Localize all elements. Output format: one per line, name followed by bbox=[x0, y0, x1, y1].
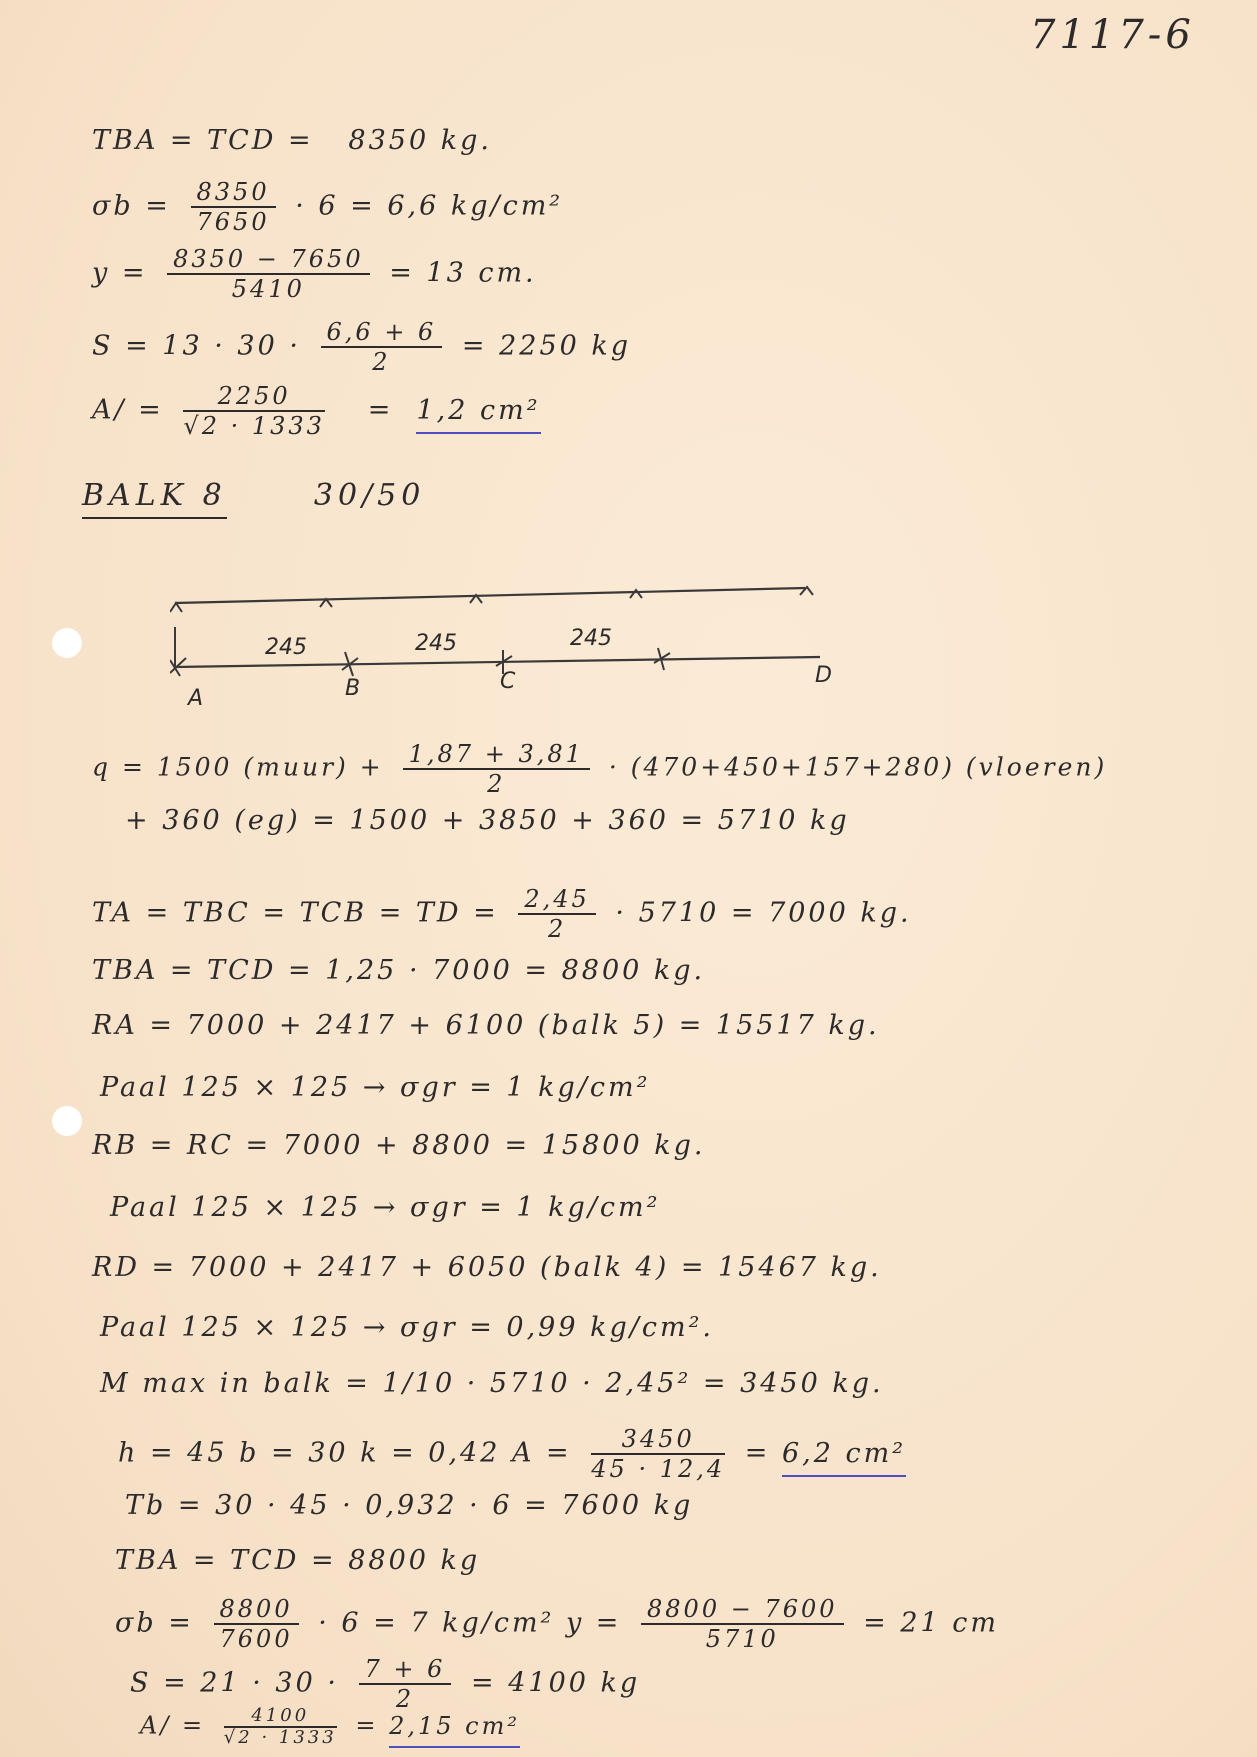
calc-shear-line: TA = TBC = TCB = TD = 2,45 2 · 5710 = 70… bbox=[92, 885, 912, 943]
section-title: BALK 8 bbox=[82, 478, 227, 519]
support-label: B bbox=[345, 676, 360, 701]
fraction: 8350 7650 bbox=[191, 178, 276, 236]
calc-text: h = 45 b = 30 k = 0,42 A = bbox=[118, 1438, 572, 1469]
fraction: 3450 45 · 12,4 bbox=[591, 1425, 725, 1483]
section-dimensions: 30/50 bbox=[314, 478, 425, 513]
fraction: 8350 − 7650 5410 bbox=[167, 245, 370, 303]
calc-rhs: · (470+450+157+280) (vloeren) bbox=[609, 753, 1107, 782]
fraction-numerator: 8350 bbox=[191, 178, 276, 208]
calc-lhs: TBA = TCD = bbox=[92, 125, 314, 156]
span-label: 245 bbox=[415, 631, 457, 656]
calc-rhs: = 2250 kg bbox=[462, 331, 631, 362]
fraction-denominator: √2 · 1333 bbox=[183, 412, 325, 440]
calc-lhs: S = 13 · 30 · bbox=[92, 331, 301, 362]
result-underlined: 2,15 cm² bbox=[389, 1712, 520, 1748]
calc-line: Paal 125 × 125 → σgr = 1 kg/cm² bbox=[100, 1072, 650, 1103]
calc-line: Tb = 30 · 45 · 0,932 · 6 = 7600 kg bbox=[125, 1490, 693, 1521]
fraction: 1,87 + 3,81 2 bbox=[403, 740, 590, 798]
fraction: 2250 √2 · 1333 bbox=[183, 382, 325, 440]
calc-rhs: 8350 kg. bbox=[348, 125, 492, 156]
calc-area-line: A/ = 4100 √2 · 1333 = 2,15 cm² bbox=[140, 1706, 520, 1748]
calc-rhs: · 6 = 7 kg/cm² y = bbox=[318, 1608, 621, 1639]
beam-diagram: 245 245 245 A B C D bbox=[170, 570, 930, 720]
calc-stress-line: σb = 8800 7600 · 6 = 7 kg/cm² y = 8800 −… bbox=[115, 1595, 999, 1653]
calc-line: RB = RC = 7000 + 8800 = 15800 kg. bbox=[92, 1130, 705, 1161]
calc-text: q = 1500 (muur) + bbox=[92, 753, 384, 782]
calc-text: σb = bbox=[115, 1608, 194, 1639]
calc-line: TBA = TCD = 8800 kg bbox=[115, 1545, 480, 1576]
fraction-denominator: 2 bbox=[518, 915, 595, 943]
calc-line-1: TBA = TCD = 8350 kg. bbox=[92, 125, 492, 156]
calc-lhs: y = bbox=[92, 258, 147, 289]
document-id: 7117-6 bbox=[1030, 12, 1195, 58]
calc-lhs: A/ = bbox=[92, 395, 164, 426]
calc-shear-force-line: S = 21 · 30 · 7 + 6 2 = 4100 kg bbox=[130, 1655, 640, 1713]
calc-text: S = 21 · 30 · bbox=[130, 1668, 339, 1699]
calc-rhs: = 13 cm. bbox=[389, 258, 536, 289]
support-label: D bbox=[815, 663, 832, 688]
fraction-numerator: 8800 − 7600 bbox=[641, 1595, 844, 1625]
fraction: 2,45 2 bbox=[518, 885, 595, 943]
calc-line: RA = 7000 + 2417 + 6100 (balk 5) = 15517… bbox=[92, 1010, 880, 1041]
fraction-numerator: 8350 − 7650 bbox=[167, 245, 370, 275]
fraction-numerator: 2,45 bbox=[518, 885, 595, 915]
calc-text: A/ = bbox=[140, 1712, 205, 1740]
fraction-denominator: 7600 bbox=[214, 1625, 299, 1653]
fraction-numerator: 6,6 + 6 bbox=[321, 318, 443, 348]
result-underlined: 1,2 cm² bbox=[416, 395, 540, 434]
support-label: C bbox=[500, 669, 516, 694]
fraction-denominator: 45 · 12,4 bbox=[591, 1455, 725, 1483]
result-underlined: 6,2 cm² bbox=[782, 1438, 906, 1477]
calc-steel-line: h = 45 b = 30 k = 0,42 A = 3450 45 · 12,… bbox=[118, 1425, 906, 1483]
calc-line: Paal 125 × 125 → σgr = 1 kg/cm² bbox=[110, 1192, 660, 1223]
calc-line: M max in balk = 1/10 · 5710 · 2,45² = 34… bbox=[100, 1368, 884, 1399]
fraction-denominator: √2 · 1333 bbox=[224, 1728, 337, 1748]
calc-line-5: A/ = 2250 √2 · 1333 = 1,2 cm² bbox=[92, 382, 541, 440]
calc-line-4: S = 13 · 30 · 6,6 + 6 2 = 2250 kg bbox=[92, 318, 631, 376]
fraction: 7 + 6 2 bbox=[359, 1655, 452, 1713]
fraction-denominator: 2 bbox=[321, 348, 443, 376]
calc-line: RD = 7000 + 2417 + 6050 (balk 4) = 15467… bbox=[92, 1252, 882, 1283]
calc-line: TBA = TCD = 1,25 · 7000 = 8800 kg. bbox=[92, 955, 705, 986]
fraction-numerator: 7 + 6 bbox=[359, 1655, 452, 1685]
fraction-denominator: 5710 bbox=[641, 1625, 844, 1653]
calc-rhs: = bbox=[368, 395, 394, 426]
span-label: 245 bbox=[570, 626, 612, 651]
calc-q-line-1: q = 1500 (muur) + 1,87 + 3,81 2 · (470+4… bbox=[92, 740, 1107, 798]
fraction-numerator: 1,87 + 3,81 bbox=[403, 740, 590, 770]
calc-rhs: = 4100 kg bbox=[471, 1668, 640, 1699]
calc-rhs: = bbox=[745, 1438, 771, 1469]
fraction-numerator: 4100 bbox=[224, 1706, 337, 1728]
fraction-numerator: 8800 bbox=[214, 1595, 299, 1625]
punch-hole-top bbox=[52, 628, 82, 658]
calc-line-2: σb = 8350 7650 · 6 = 6,6 kg/cm² bbox=[92, 178, 563, 236]
calc-line-3: y = 8350 − 7650 5410 = 13 cm. bbox=[92, 245, 537, 303]
fraction-numerator: 3450 bbox=[591, 1425, 725, 1455]
fraction-denominator: 7650 bbox=[191, 208, 276, 236]
fraction-numerator: 2250 bbox=[183, 382, 325, 412]
calc-rhs: · 5710 = 7000 kg. bbox=[615, 898, 911, 929]
calc-rhs: · 6 = 6,6 kg/cm² bbox=[295, 191, 563, 222]
fraction-denominator: 5410 bbox=[167, 275, 370, 303]
fraction: 8800 7600 bbox=[214, 1595, 299, 1653]
calc-rhs: = 21 cm bbox=[863, 1608, 999, 1639]
calc-q-line-2: + 360 (eg) = 1500 + 3850 + 360 = 5710 kg bbox=[125, 805, 850, 836]
calc-text: TA = TBC = TCB = TD = bbox=[92, 898, 499, 929]
fraction: 8800 − 7600 5710 bbox=[641, 1595, 844, 1653]
punch-hole-bottom bbox=[52, 1106, 82, 1136]
fraction: 4100 √2 · 1333 bbox=[224, 1706, 337, 1748]
span-label: 245 bbox=[265, 635, 307, 660]
section-heading: BALK 8 30/50 bbox=[82, 478, 425, 513]
calc-lhs: σb = bbox=[92, 191, 171, 222]
calc-line: Paal 125 × 125 → σgr = 0,99 kg/cm². bbox=[100, 1312, 714, 1343]
support-label: A bbox=[186, 686, 203, 711]
calc-rhs: = bbox=[355, 1712, 378, 1740]
fraction: 6,6 + 6 2 bbox=[321, 318, 443, 376]
fraction-denominator: 2 bbox=[403, 770, 590, 798]
